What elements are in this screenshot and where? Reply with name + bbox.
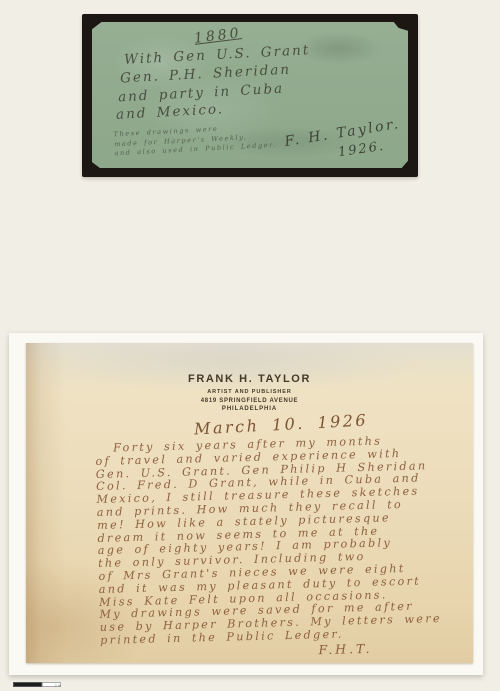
letterhead: FRANK H. TAYLOR ARTIST AND PUBLISHER 481… — [26, 373, 473, 412]
card-signature-year: 1926. — [337, 139, 386, 160]
green-card-surface: 1880 With Gen U.S. Grant Gen. P.H. Sheri… — [92, 22, 408, 168]
green-card-frame: 1880 With Gen U.S. Grant Gen. P.H. Sheri… — [82, 14, 418, 177]
scale-bar-white-segment: 2 in — [42, 682, 61, 687]
scale-bar: 2 in — [13, 682, 61, 687]
letterhead-city: PHILADELPHIA — [26, 406, 473, 412]
letterhead-address: 4819 SPRINGFIELD AVENUE — [26, 398, 473, 404]
card-pencil-note: These drawings were made for Harper's We… — [113, 122, 277, 159]
card-year: 1880 — [193, 25, 242, 47]
letter-body: Forty six years after my months of trave… — [95, 434, 446, 663]
scale-bar-black-segment — [13, 682, 42, 687]
letter-mount: FRANK H. TAYLOR ARTIST AND PUBLISHER 481… — [9, 333, 483, 675]
scale-bar-label: 2 in — [55, 683, 61, 688]
scan-background: 1880 With Gen U.S. Grant Gen. P.H. Sheri… — [0, 0, 500, 691]
letter-date: March 10. 1926 — [194, 410, 369, 438]
letter-signature: F.H.T. — [318, 641, 445, 657]
letterhead-title: ARTIST AND PUBLISHER — [26, 389, 473, 395]
letterhead-name: FRANK H. TAYLOR — [26, 373, 473, 385]
letter-paper: FRANK H. TAYLOR ARTIST AND PUBLISHER 481… — [26, 343, 473, 663]
